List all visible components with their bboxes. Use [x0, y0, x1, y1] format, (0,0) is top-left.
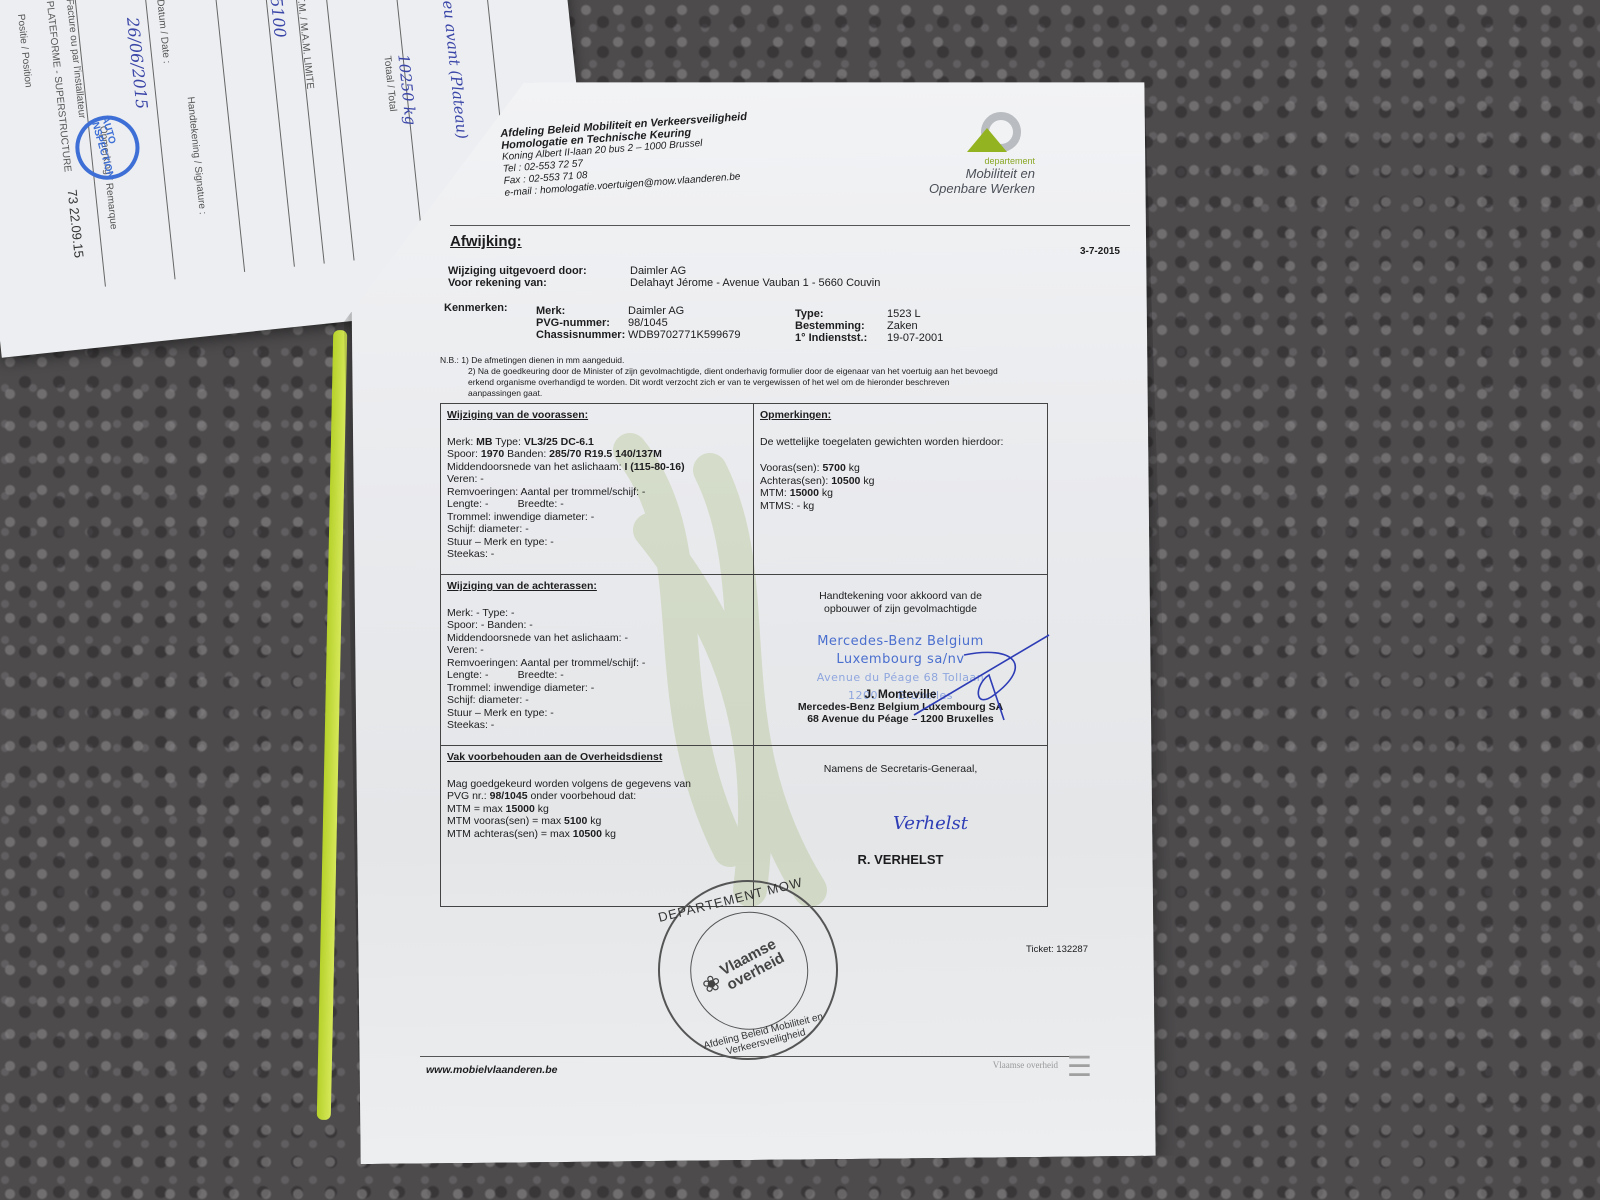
front-axle-line: Remvoeringen: Aantal per trommel/schijf:… [447, 486, 747, 499]
document-date: 3-7-2015 [1080, 246, 1120, 257]
stamped-number: 73 22.09.15 [65, 189, 87, 259]
form-rule [209, 0, 246, 272]
characteristics-left: Merk:Daimler AG PVG-nummer:98/1045 Chass… [536, 305, 741, 341]
field-label: PVG-nummer: [536, 317, 628, 329]
rear-axle-line: Steekas: - [447, 719, 747, 732]
green-page-edge [317, 330, 348, 1120]
remarks-line: MTMS: - kg [760, 500, 1041, 513]
blue-inspection-stamp: AUTO INSPECTION [68, 108, 147, 187]
field-value: 19-07-2001 [887, 332, 943, 344]
government-limit: MTM achteras(sen) = max 10500 kg [447, 828, 747, 841]
field-label: 1° Indienstst.: [795, 332, 887, 344]
rear-axle-line: Remvoeringen: Aantal per trommel/schijf:… [447, 657, 747, 670]
front-axle-line: Schijf: diameter: - [447, 523, 747, 536]
form-rule [258, 0, 295, 267]
document-title: Afwijking: [450, 233, 522, 250]
note-2: 2) Na de goedkeuring door de Minister of… [440, 366, 1000, 399]
government-title: Vak voorbehouden aan de Overheidsdienst [447, 751, 747, 764]
field-value: 98/1045 [628, 317, 668, 329]
handwritten-date: 26/06/2015 [123, 16, 152, 110]
rear-axle-cell: Wijziging van de achterassen: Merk: - Ty… [441, 575, 754, 746]
rear-axle-line: Middendoorsnede van het aslichaam: - [447, 632, 747, 645]
field-value: Delahayt Jérome - Avenue Vauban 1 - 5660… [630, 277, 880, 289]
rear-axle-line: Spoor: - Banden: - [447, 619, 747, 632]
field-value: Daimler AG [628, 305, 684, 317]
front-axle-line: Lengte: - Breedte: - [447, 498, 747, 511]
remarks-intro: De wettelijke toegelaten gewichten worde… [760, 436, 1041, 449]
logo-dept-label: departement [890, 156, 1035, 166]
modification-table: Wijziging van de voorassen: Merk: MB Typ… [440, 403, 1048, 907]
rear-axle-title: Wijziging van de achterassen: [447, 580, 747, 593]
government-line: PVG nr.: 98/1045 onder voorbehoud dat: [447, 790, 747, 803]
vlaamse-overheid-lion-icon: ☰ [1067, 1050, 1092, 1083]
remarks-title: Opmerkingen: [760, 409, 1041, 422]
remarks-line: Achteras(sen): 10500 kg [760, 475, 1041, 488]
front-axle-line: Steekas: - [447, 548, 747, 561]
field-label: Wijziging uitgevoerd door: [448, 265, 630, 277]
rear-axle-line: Lengte: - Breedte: - [447, 669, 747, 682]
form-label: Handtekening / Signature : [185, 96, 208, 215]
front-axle-line: Merk: MB Type: VL3/25 DC-6.1 [447, 436, 747, 449]
footer-divider [420, 1056, 1080, 1057]
executed-by-row: Wijziging uitgevoerd door:Daimler AG [448, 265, 686, 277]
handwritten-weight: 5100 [267, 0, 290, 39]
footer-url: www.mobielvlaanderen.be [426, 1064, 557, 1076]
rear-axle-line: Schijf: diameter: - [447, 694, 747, 707]
builder-caption: Handtekening voor akkoord van de [760, 590, 1041, 603]
field-value: Daimler AG [630, 265, 686, 277]
remarks-cell: Opmerkingen: De wettelijke toegelaten ge… [754, 404, 1048, 575]
secretary-signer: R. VERHELST [760, 854, 1041, 867]
form-label: Facture ou par l'installateur [64, 0, 88, 119]
front-axle-cell: Wijziging van de voorassen: Merk: MB Typ… [441, 404, 754, 575]
note-1: 1) De afmetingen dienen in mm aangeduid. [461, 355, 624, 365]
characteristics-label: Kenmerken: [444, 302, 508, 314]
notes-label: N.B.: [440, 355, 459, 365]
rear-axle-line: Merk: - Type: - [447, 607, 747, 620]
government-limit: MTM vooras(sen) = max 5100 kg [447, 815, 747, 828]
rear-axle-line: Veren: - [447, 644, 747, 657]
field-value: Zaken [887, 320, 918, 332]
form-label: Datum / Date : [154, 0, 172, 64]
remarks-line: MTM: 15000 kg [760, 487, 1041, 500]
builder-signature-cell: Handtekening voor akkoord van de opbouwe… [754, 575, 1048, 746]
builder-signature-scribble-icon [904, 625, 1054, 725]
front-axle-line: Spoor: 1970 Banden: 285/70 R19.5 140/137… [447, 448, 747, 461]
government-limit: MTM = max 15000 kg [447, 803, 747, 816]
form-label: M.T.M. / M.A.M. LIMITE [293, 0, 315, 90]
logo-name-line2: Openbare Werken [890, 181, 1035, 196]
rear-axle-line: Trommel: inwendige diameter: - [447, 682, 747, 695]
characteristics-right: Type:1523 L Bestemming:Zaken 1° Indienst… [795, 308, 943, 344]
field-label: Voor rekening van: [448, 277, 630, 289]
front-axle-line: Middendoorsnede van het aslichaam: I (11… [447, 461, 747, 474]
front-axle-title: Wijziging van de voorassen: [447, 409, 747, 422]
handwritten-total: 10250 kg [394, 53, 419, 126]
department-logo: departement Mobiliteit en Openbare Werke… [890, 110, 1035, 196]
footer-brand: Vlaamse overheid [993, 1060, 1058, 1070]
front-axle-line: Stuur – Merk en type: - [447, 536, 747, 549]
front-axle-line: Veren: - [447, 473, 747, 486]
field-label: Bestemming: [795, 320, 887, 332]
mow-logo-icon [967, 110, 1027, 156]
form-rule [388, 0, 425, 253]
government-line: Mag goedgekeurd worden volgens de gegeve… [447, 778, 747, 791]
agency-header: Afdeling Beleid Mobiliteit en Verkeersve… [500, 111, 752, 200]
on-behalf-row: Voor rekening van:Delahayt Jérome - Aven… [448, 277, 880, 289]
ticket-number: Ticket: 132287 [1026, 944, 1088, 955]
form-label: Positie / Position [15, 13, 34, 88]
field-label: Type: [795, 308, 887, 320]
on-behalf-caption: Namens de Secretaris-Generaal, [760, 763, 1041, 776]
notes: N.B.: 1) De afmetingen dienen in mm aang… [440, 355, 1000, 399]
form-rule [318, 0, 355, 261]
field-label: Chassisnummer: [536, 329, 628, 341]
remarks-line: Vooras(sen): 5700 kg [760, 462, 1041, 475]
builder-caption: opbouwer of zijn gevolmachtigde [760, 603, 1041, 616]
header-divider [450, 225, 1130, 226]
logo-name-line1: Mobiliteit en [890, 166, 1035, 181]
front-axle-line: Trommel: inwendige diameter: - [447, 511, 747, 524]
field-value: WDB9702771K599679 [628, 329, 741, 341]
field-value: 1523 L [887, 308, 921, 320]
homologation-document: Afdeling Beleid Mobiliteit en Verkeersve… [440, 110, 1140, 1110]
rear-axle-line: Stuur – Merk en type: - [447, 707, 747, 720]
government-cell: Vak voorbehouden aan de Overheidsdienst … [441, 746, 754, 907]
field-label: Merk: [536, 305, 628, 317]
secretary-signature: Verhelst [820, 818, 1041, 831]
